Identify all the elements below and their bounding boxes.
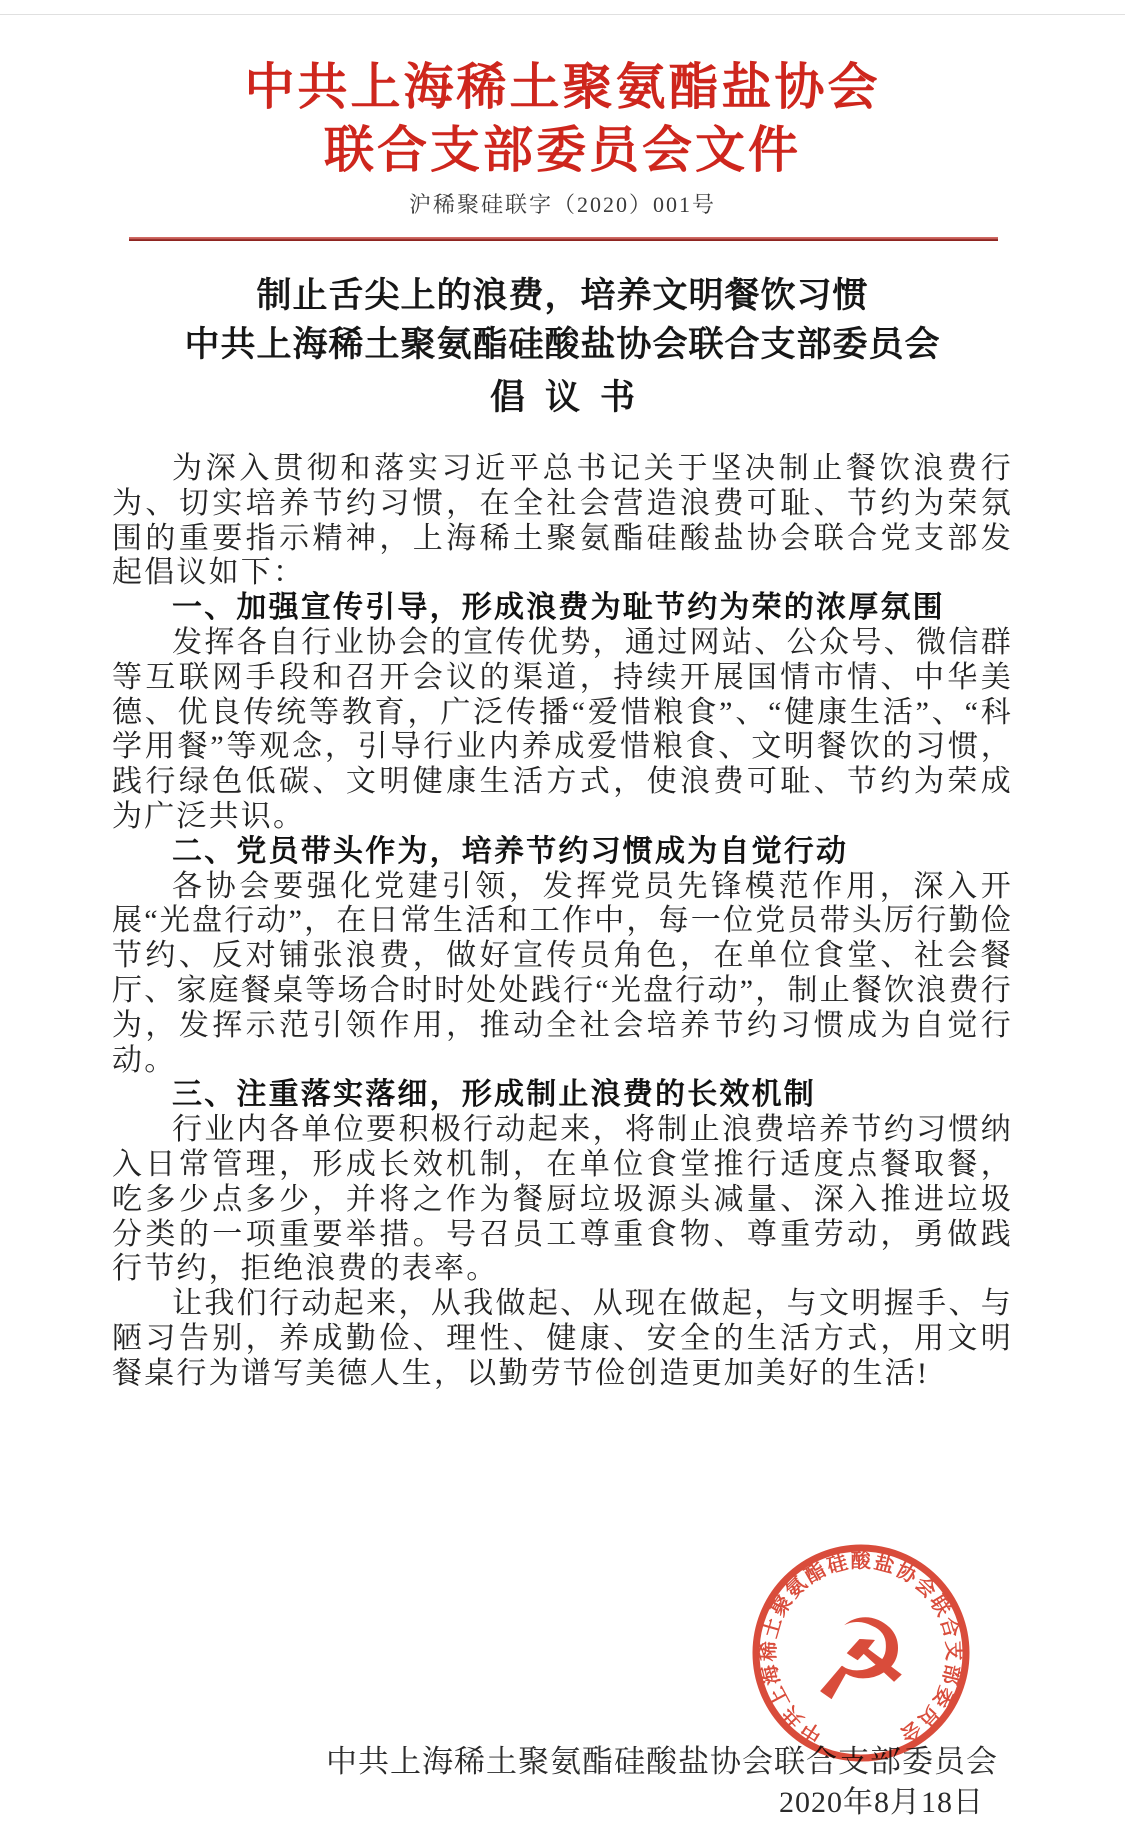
document-title: 制止舌尖上的浪费，培养文明餐饮习惯 中共上海稀土聚氨酯硅酸盐协会联合支部委员会 … [0, 271, 1125, 427]
body-paragraph-section-1: 发挥各自行业协会的宣传优势，通过网站、公众号、微信群等互联网手段和召开会议的渠道… [112, 626, 1013, 835]
document-body: 为深入贯彻和落实习近平总书记关于坚决制止餐饮浪费行为、切实培养节约习惯，在全社会… [112, 452, 1013, 1392]
section-heading-1: 一、加强宣传引导，形成浪费为耻节约为荣的浓厚氛围 [112, 591, 1013, 626]
body-paragraph-section-3: 行业内各单位要积极行动起来，将制止浪费培养节约习惯纳入日常管理，形成长效机制，在… [112, 1113, 1013, 1287]
signature-date: 2020年8月18日 [779, 1777, 984, 1821]
document-number: 沪稀聚硅联字（2020）001号 [0, 188, 1125, 219]
title-line-3: 倡议书 [0, 369, 1125, 427]
section-heading-3: 三、注重落实落细，形成制止浪费的长效机制 [112, 1078, 1013, 1113]
body-paragraph-section-2: 各协会要强化党建引领，发挥党员先锋模范作用，深入开展“光盘行动”，在日常生活和工… [112, 870, 1013, 1079]
official-seal: ☭ 中共上海稀土聚氨酯硅酸盐协会联合支部委员会 [745, 1537, 977, 1769]
body-paragraph-closing: 让我们行动起来，从我做起、从现在做起，与文明握手、与陋习告别，养成勤俭、理性、健… [112, 1287, 1013, 1391]
org-name-line-2: 联合支部委员会文件 [0, 119, 1125, 182]
org-name-line-1: 中共上海稀土聚氨酯盐协会 [0, 56, 1125, 119]
section-heading-2: 二、党员带头作为，培养节约习惯成为自觉行动 [112, 835, 1013, 870]
red-letterhead: 中共上海稀土聚氨酯盐协会 联合支部委员会文件 [0, 56, 1125, 182]
top-divider-line [0, 14, 1125, 15]
body-paragraph-intro: 为深入贯彻和落实习近平总书记关于坚决制止餐饮浪费行为、切实培养节约习惯，在全社会… [112, 452, 1013, 591]
document-page: 中共上海稀土聚氨酯盐协会 联合支部委员会文件 沪稀聚硅联字（2020）001号 … [0, 0, 1125, 1823]
title-line-1: 制止舌尖上的浪费，培养文明餐饮习惯 [0, 271, 1125, 320]
red-header-divider [129, 237, 998, 241]
title-line-2: 中共上海稀土聚氨酯硅酸盐协会联合支部委员会 [0, 320, 1125, 369]
hammer-sickle-icon: ☭ [811, 1596, 911, 1726]
